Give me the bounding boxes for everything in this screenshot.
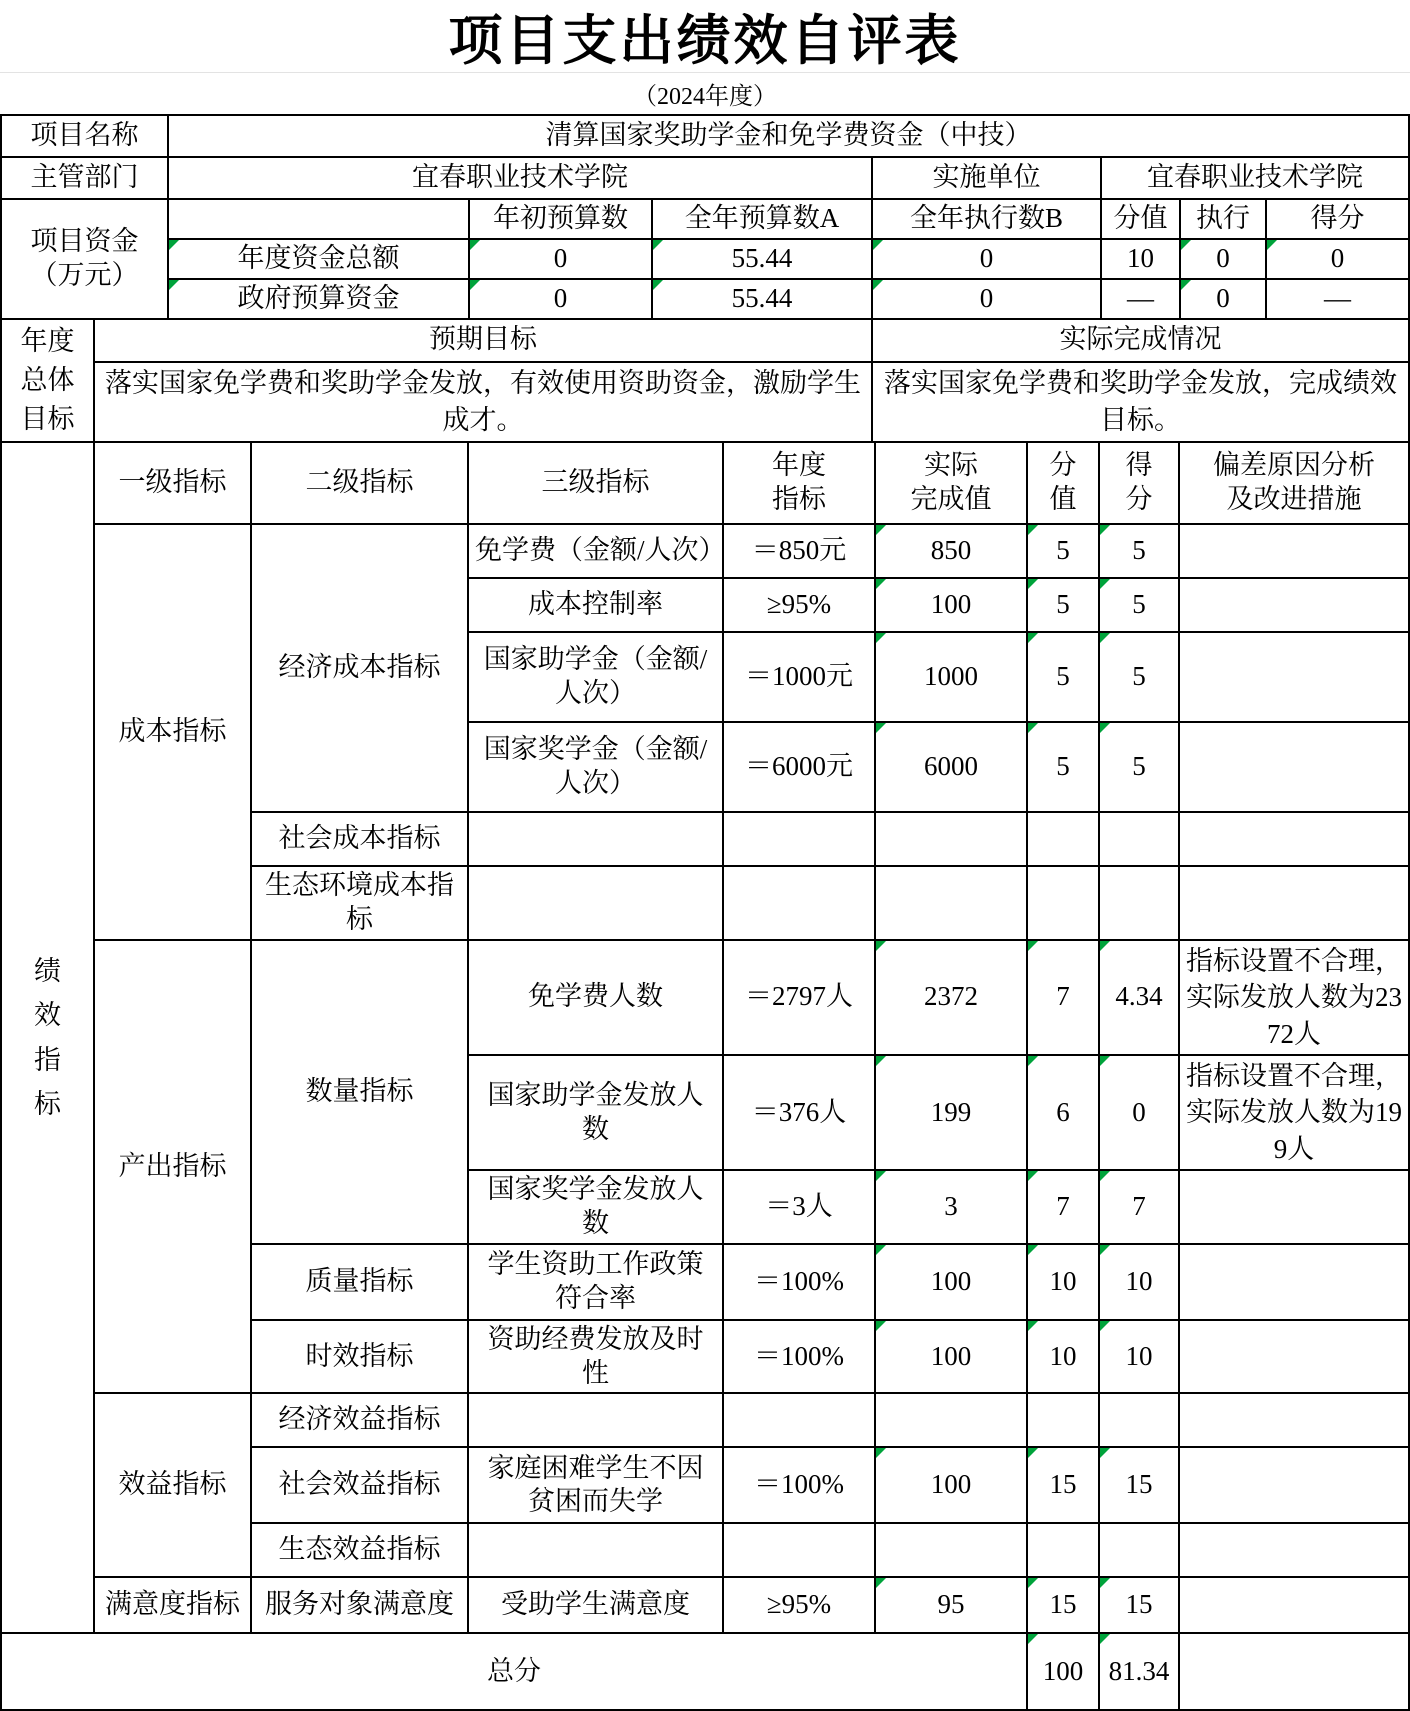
cell-level3: 免学费人数 bbox=[468, 940, 723, 1055]
cell-deviation bbox=[1179, 1170, 1409, 1244]
cell-annual-target: ＝2797人 bbox=[723, 940, 875, 1055]
level1-cost: 成本指标 bbox=[94, 524, 251, 940]
cell-score bbox=[1099, 866, 1179, 940]
cell-level3: 资助经费发放及时性 bbox=[468, 1320, 723, 1394]
cell-deviation bbox=[1179, 1320, 1409, 1394]
cell-annual-exec-b: 0 bbox=[872, 279, 1101, 319]
cell-level3: 受助学生满意度 bbox=[468, 1577, 723, 1633]
cell-actual-value bbox=[875, 1523, 1027, 1577]
total-empty-cell bbox=[1179, 1633, 1409, 1710]
impl-unit-value: 宜春职业技术学院 bbox=[1101, 157, 1409, 199]
cell-actual-value: 199 bbox=[875, 1055, 1027, 1170]
cell-level3 bbox=[468, 1393, 723, 1447]
cell-score-value: 5 bbox=[1027, 632, 1099, 722]
goal-expected-header: 预期目标 bbox=[94, 319, 872, 362]
funds-row-gov-budget: 政府预算资金 0 55.44 0 — 0 — bbox=[1, 279, 1409, 319]
level1-output: 产出指标 bbox=[94, 940, 251, 1394]
cell-annual-target: ＝850元 bbox=[723, 524, 875, 578]
department-table: 主管部门 宜春职业技术学院 实施单位 宜春职业技术学院 bbox=[0, 156, 1410, 200]
cell-annual-target: ＝1000元 bbox=[723, 632, 875, 722]
cell-actual-value: 100 bbox=[875, 1244, 1027, 1320]
cell-level3: 学生资助工作政策符合率 bbox=[468, 1244, 723, 1320]
funds-header-annual-exec-b: 全年执行数B bbox=[872, 199, 1101, 239]
cell-score: 0 bbox=[1099, 1055, 1179, 1170]
cell-level3: 国家奖学金（金额/人次） bbox=[468, 722, 723, 812]
project-name-table: 项目名称 清算国家奖助学金和免学费资金（中技） bbox=[0, 114, 1410, 158]
cell-score-value: 5 bbox=[1027, 524, 1099, 578]
cell-actual-value: 100 bbox=[875, 578, 1027, 632]
funds-row-label: 政府预算资金 bbox=[168, 279, 469, 319]
level1-satisfaction: 满意度指标 bbox=[94, 1577, 251, 1633]
cell-score-value: 7 bbox=[1027, 1170, 1099, 1244]
header-actual-value: 实际 完成值 bbox=[875, 442, 1027, 524]
project-name-label: 项目名称 bbox=[1, 115, 168, 157]
cell-annual-target: ≥95% bbox=[723, 1577, 875, 1633]
cell-actual-value bbox=[875, 1393, 1027, 1447]
level2-timeliness: 时效指标 bbox=[251, 1320, 468, 1394]
level2-quality: 质量指标 bbox=[251, 1244, 468, 1320]
cell-actual-value bbox=[875, 812, 1027, 866]
cell-level3: 国家奖学金发放人数 bbox=[468, 1170, 723, 1244]
total-score: 81.34 bbox=[1099, 1633, 1179, 1710]
cell-annual-target: ＝6000元 bbox=[723, 722, 875, 812]
dept-value: 宜春职业技术学院 bbox=[168, 157, 872, 199]
indicator-header-row: 绩 效 指 标 一级指标 二级指标 三级指标 年度 指标 实际 完成值 分 值 … bbox=[1, 442, 1409, 524]
header-annual-target: 年度 指标 bbox=[723, 442, 875, 524]
cell-score: 7 bbox=[1099, 1170, 1179, 1244]
cell-score: — bbox=[1266, 279, 1409, 319]
cell-score: 5 bbox=[1099, 524, 1179, 578]
funds-header-initial-budget: 年初预算数 bbox=[469, 199, 652, 239]
cell-exec: 0 bbox=[1180, 279, 1266, 319]
cell-score: 15 bbox=[1099, 1447, 1179, 1523]
cell-score-value: — bbox=[1101, 279, 1180, 319]
total-score-table: 总分 100 81.34 bbox=[0, 1632, 1410, 1711]
dept-label: 主管部门 bbox=[1, 157, 168, 199]
cell-actual-value: 850 bbox=[875, 524, 1027, 578]
cell-score-value: 7 bbox=[1027, 940, 1099, 1055]
cell-deviation bbox=[1179, 1244, 1409, 1320]
cell-exec: 0 bbox=[1180, 239, 1266, 279]
cell-actual-value: 95 bbox=[875, 1577, 1027, 1633]
cell-score-value: 10 bbox=[1027, 1244, 1099, 1320]
cell-score-value: 5 bbox=[1027, 722, 1099, 812]
cell-score: 15 bbox=[1099, 1577, 1179, 1633]
cell-score bbox=[1099, 1523, 1179, 1577]
funds-header-exec: 执行 bbox=[1180, 199, 1266, 239]
funds-blank-header bbox=[168, 199, 469, 239]
funds-table: 项目资金 （万元） 年初预算数 全年预算数A 全年执行数B 分值 执行 得分 年… bbox=[0, 198, 1410, 320]
cell-deviation bbox=[1179, 812, 1409, 866]
indicator-row: 效益指标 经济效益指标 bbox=[1, 1393, 1409, 1447]
level1-benefit: 效益指标 bbox=[94, 1393, 251, 1577]
indicator-row: 满意度指标 服务对象满意度 受助学生满意度 ≥95% 95 15 15 bbox=[1, 1577, 1409, 1633]
cell-score bbox=[1099, 1393, 1179, 1447]
cell-score-value bbox=[1027, 812, 1099, 866]
level2-economic-benefit: 经济效益指标 bbox=[251, 1393, 468, 1447]
cell-annual-target: ＝376人 bbox=[723, 1055, 875, 1170]
cell-level3: 国家助学金（金额/人次） bbox=[468, 632, 723, 722]
performance-indicators-table: 绩 效 指 标 一级指标 二级指标 三级指标 年度 指标 实际 完成值 分 值 … bbox=[0, 441, 1410, 1634]
cell-score: 5 bbox=[1099, 722, 1179, 812]
cell-annual-budget-a: 55.44 bbox=[652, 239, 872, 279]
page-title: 项目支出绩效自评表 bbox=[0, 0, 1410, 73]
cell-deviation: 指标设置不合理，实际发放人数为2372人 bbox=[1179, 940, 1409, 1055]
header-level2: 二级指标 bbox=[251, 442, 468, 524]
cell-score-value bbox=[1027, 1393, 1099, 1447]
cell-level3: 家庭困难学生不因贫困而失学 bbox=[468, 1447, 723, 1523]
self-evaluation-form: 项目支出绩效自评表 （2024年度） 项目名称 清算国家奖助学金和免学费资金（中… bbox=[0, 0, 1410, 1711]
cell-actual-value: 1000 bbox=[875, 632, 1027, 722]
total-score-value: 100 bbox=[1027, 1633, 1099, 1710]
cell-actual-value: 3 bbox=[875, 1170, 1027, 1244]
project-name-value: 清算国家奖助学金和免学费资金（中技） bbox=[168, 115, 1409, 157]
cell-deviation bbox=[1179, 524, 1409, 578]
cell-score-value: 15 bbox=[1027, 1577, 1099, 1633]
cell-level3: 成本控制率 bbox=[468, 578, 723, 632]
level2-social-cost: 社会成本指标 bbox=[251, 812, 468, 866]
cell-level3: 免学费（金额/人次） bbox=[468, 524, 723, 578]
cell-annual-budget-a: 55.44 bbox=[652, 279, 872, 319]
cell-score-value: 6 bbox=[1027, 1055, 1099, 1170]
indicator-row: 产出指标 数量指标 免学费人数 ＝2797人 2372 7 4.34 指标设置不… bbox=[1, 940, 1409, 1055]
cell-level3 bbox=[468, 812, 723, 866]
cell-score-value bbox=[1027, 866, 1099, 940]
cell-actual-value bbox=[875, 866, 1027, 940]
cell-score: 4.34 bbox=[1099, 940, 1179, 1055]
funds-row-label: 年度资金总额 bbox=[168, 239, 469, 279]
cell-score-value bbox=[1027, 1523, 1099, 1577]
cell-score-value: 15 bbox=[1027, 1447, 1099, 1523]
funds-header-annual-budget-a: 全年预算数A bbox=[652, 199, 872, 239]
goal-expected-text: 落实国家免学费和奖助学金发放，有效使用资助资金，激励学生成才。 bbox=[94, 362, 872, 443]
cell-deviation bbox=[1179, 1577, 1409, 1633]
cell-score-value: 5 bbox=[1027, 578, 1099, 632]
header-level3: 三级指标 bbox=[468, 442, 723, 524]
page-subtitle: （2024年度） bbox=[0, 73, 1410, 114]
cell-annual-target bbox=[723, 812, 875, 866]
impl-unit-label: 实施单位 bbox=[872, 157, 1101, 199]
total-label: 总分 bbox=[1, 1633, 1027, 1710]
level2-eco-env-cost: 生态环境成本指标 bbox=[251, 866, 468, 940]
perf-section-label: 绩 效 指 标 bbox=[1, 442, 94, 1633]
cell-annual-exec-b: 0 bbox=[872, 239, 1101, 279]
funds-header-score: 得分 bbox=[1266, 199, 1409, 239]
cell-score: 0 bbox=[1266, 239, 1409, 279]
cell-deviation bbox=[1179, 1393, 1409, 1447]
goal-section-label: 年度 总体 目标 bbox=[1, 319, 94, 442]
goal-actual-header: 实际完成情况 bbox=[872, 319, 1409, 362]
level2-economic-cost: 经济成本指标 bbox=[251, 524, 468, 812]
cell-deviation bbox=[1179, 866, 1409, 940]
cell-deviation: 指标设置不合理，实际发放人数为199人 bbox=[1179, 1055, 1409, 1170]
funds-section-label: 项目资金 （万元） bbox=[1, 199, 168, 319]
cell-score-value: 10 bbox=[1027, 1320, 1099, 1394]
cell-score: 5 bbox=[1099, 632, 1179, 722]
annual-goal-table: 年度 总体 目标 预期目标 实际完成情况 落实国家免学费和奖助学金发放，有效使用… bbox=[0, 318, 1410, 443]
cell-deviation bbox=[1179, 722, 1409, 812]
goal-actual-text: 落实国家免学费和奖助学金发放，完成绩效目标。 bbox=[872, 362, 1409, 443]
cell-level3 bbox=[468, 866, 723, 940]
cell-initial-budget: 0 bbox=[469, 239, 652, 279]
cell-deviation bbox=[1179, 1523, 1409, 1577]
cell-deviation bbox=[1179, 578, 1409, 632]
cell-deviation bbox=[1179, 1447, 1409, 1523]
header-score: 得 分 bbox=[1099, 442, 1179, 524]
cell-annual-target bbox=[723, 1523, 875, 1577]
level2-eco-benefit: 生态效益指标 bbox=[251, 1523, 468, 1577]
cell-deviation bbox=[1179, 632, 1409, 722]
cell-actual-value: 2372 bbox=[875, 940, 1027, 1055]
cell-level3 bbox=[468, 1523, 723, 1577]
header-score-value: 分 值 bbox=[1027, 442, 1099, 524]
cell-annual-target: ≥95% bbox=[723, 578, 875, 632]
cell-annual-target bbox=[723, 1393, 875, 1447]
header-level1: 一级指标 bbox=[94, 442, 251, 524]
cell-level3: 国家助学金发放人数 bbox=[468, 1055, 723, 1170]
indicator-row: 成本指标 经济成本指标 免学费（金额/人次） ＝850元 850 5 5 bbox=[1, 524, 1409, 578]
cell-score bbox=[1099, 812, 1179, 866]
funds-row-total: 年度资金总额 0 55.44 0 10 0 0 bbox=[1, 239, 1409, 279]
cell-annual-target: ＝3人 bbox=[723, 1170, 875, 1244]
cell-actual-value: 6000 bbox=[875, 722, 1027, 812]
cell-score: 10 bbox=[1099, 1320, 1179, 1394]
cell-score-value: 10 bbox=[1101, 239, 1180, 279]
header-deviation: 偏差原因分析 及改进措施 bbox=[1179, 442, 1409, 524]
cell-initial-budget: 0 bbox=[469, 279, 652, 319]
cell-score: 5 bbox=[1099, 578, 1179, 632]
cell-annual-target: ＝100% bbox=[723, 1320, 875, 1394]
level2-social-benefit: 社会效益指标 bbox=[251, 1447, 468, 1523]
funds-header-score-value: 分值 bbox=[1101, 199, 1180, 239]
cell-score: 10 bbox=[1099, 1244, 1179, 1320]
cell-annual-target: ＝100% bbox=[723, 1244, 875, 1320]
level2-quantity: 数量指标 bbox=[251, 940, 468, 1244]
cell-actual-value: 100 bbox=[875, 1320, 1027, 1394]
level2-service-satisfaction: 服务对象满意度 bbox=[251, 1577, 468, 1633]
cell-actual-value: 100 bbox=[875, 1447, 1027, 1523]
cell-annual-target bbox=[723, 866, 875, 940]
cell-annual-target: ＝100% bbox=[723, 1447, 875, 1523]
